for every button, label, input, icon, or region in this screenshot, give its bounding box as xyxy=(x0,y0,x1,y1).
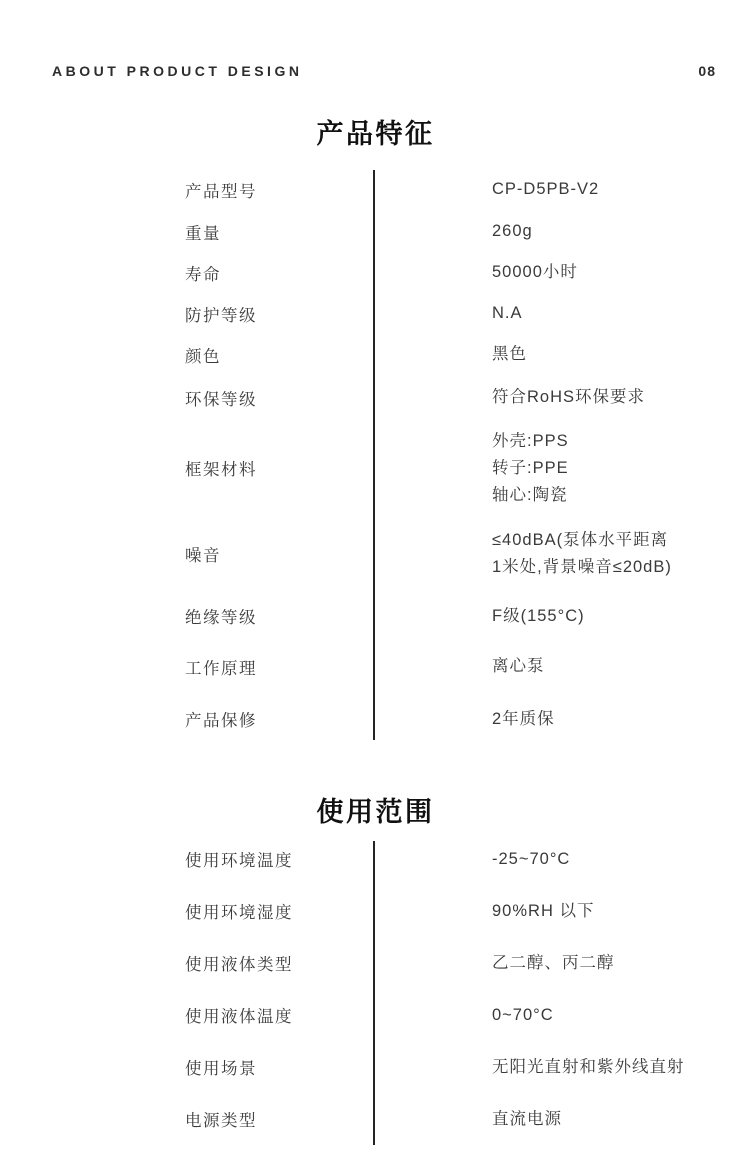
spec-label: 噪音 xyxy=(185,542,373,566)
spec-value: 无阳光直射和紫外线直射 xyxy=(492,1054,725,1081)
spec-value: 直流电源 xyxy=(492,1106,725,1133)
spec-label: 防护等级 xyxy=(185,302,373,326)
table-row: 噪音 ≤40dBA(泵体水平距离 1米处,背景噪音≤20dB) xyxy=(185,516,725,592)
spec-label: 工作原理 xyxy=(185,655,373,679)
section-title-usage-range: 使用范围 xyxy=(0,796,751,828)
usage-range-table: 使用环境温度 -25~70°C 使用环境湿度 90%RH 以下 使用液体类型 乙… xyxy=(185,833,725,1145)
spec-label: 环保等级 xyxy=(185,386,373,410)
page: { "header": { "left_text": "ABOUT PRODUC… xyxy=(0,0,751,1175)
spec-value: 90%RH 以下 xyxy=(492,898,725,925)
page-number: 08 xyxy=(698,63,716,79)
spec-label: 重量 xyxy=(185,220,373,244)
spec-value: 离心泵 xyxy=(492,653,725,680)
spec-value: 260g xyxy=(492,218,725,245)
table-row: 框架材料 外壳:PPS 转子:PPE 轴心:陶瓷 xyxy=(185,420,725,516)
table-row: 使用环境湿度 90%RH 以下 xyxy=(185,885,725,937)
spec-value: 符合RoHS环保要求 xyxy=(492,384,725,411)
spec-label: 使用液体温度 xyxy=(185,1003,373,1027)
table-row: 环保等级 符合RoHS环保要求 xyxy=(185,375,725,420)
spec-label: 框架材料 xyxy=(185,456,373,480)
spec-value: 外壳:PPS 转子:PPE 轴心:陶瓷 xyxy=(492,428,725,509)
table-row: 使用液体类型 乙二醇、丙二醇 xyxy=(185,937,725,989)
section-title-product-features: 产品特征 xyxy=(0,118,751,150)
table-row: 工作原理 离心泵 xyxy=(185,640,725,693)
spec-value: ≤40dBA(泵体水平距离 1米处,背景噪音≤20dB) xyxy=(492,527,725,581)
table-row: 使用场景 无阳光直射和紫外线直射 xyxy=(185,1041,725,1093)
spec-value: 0~70°C xyxy=(492,1002,725,1029)
table-row: 产品保修 2年质保 xyxy=(185,693,725,745)
spec-label: 使用液体类型 xyxy=(185,951,373,975)
table-row: 使用环境温度 -25~70°C xyxy=(185,833,725,885)
table-row: 产品型号 CP-D5PB-V2 xyxy=(185,168,725,211)
table-row: 寿命 50000小时 xyxy=(185,252,725,293)
page-header-title: ABOUT PRODUCT DESIGN xyxy=(52,63,302,79)
table-divider-line xyxy=(373,841,375,1145)
spec-label: 电源类型 xyxy=(185,1107,373,1131)
spec-label: 颜色 xyxy=(185,343,373,367)
spec-value: 黑色 xyxy=(492,341,725,368)
spec-label: 绝缘等级 xyxy=(185,604,373,628)
spec-value: CP-D5PB-V2 xyxy=(492,176,725,203)
spec-label: 使用场景 xyxy=(185,1055,373,1079)
table-row: 电源类型 直流电源 xyxy=(185,1093,725,1145)
spec-label: 产品保修 xyxy=(185,707,373,731)
table-row: 重量 260g xyxy=(185,211,725,252)
spec-value: -25~70°C xyxy=(492,846,725,873)
spec-label: 使用环境温度 xyxy=(185,847,373,871)
table-row: 防护等级 N.A xyxy=(185,293,725,334)
spec-label: 使用环境湿度 xyxy=(185,899,373,923)
spec-label: 产品型号 xyxy=(185,178,373,202)
table-divider-line xyxy=(373,170,375,740)
table-row: 颜色 黑色 xyxy=(185,334,725,375)
spec-value: 50000小时 xyxy=(492,259,725,286)
spec-label: 寿命 xyxy=(185,261,373,285)
product-features-table: 产品型号 CP-D5PB-V2 重量 260g 寿命 50000小时 防护等级 … xyxy=(185,168,725,745)
spec-value: N.A xyxy=(492,300,725,327)
spec-value: 2年质保 xyxy=(492,706,725,733)
table-row: 使用液体温度 0~70°C xyxy=(185,989,725,1041)
spec-value: 乙二醇、丙二醇 xyxy=(492,950,725,977)
table-row: 绝缘等级 F级(155°C) xyxy=(185,592,725,640)
spec-value: F级(155°C) xyxy=(492,603,725,630)
